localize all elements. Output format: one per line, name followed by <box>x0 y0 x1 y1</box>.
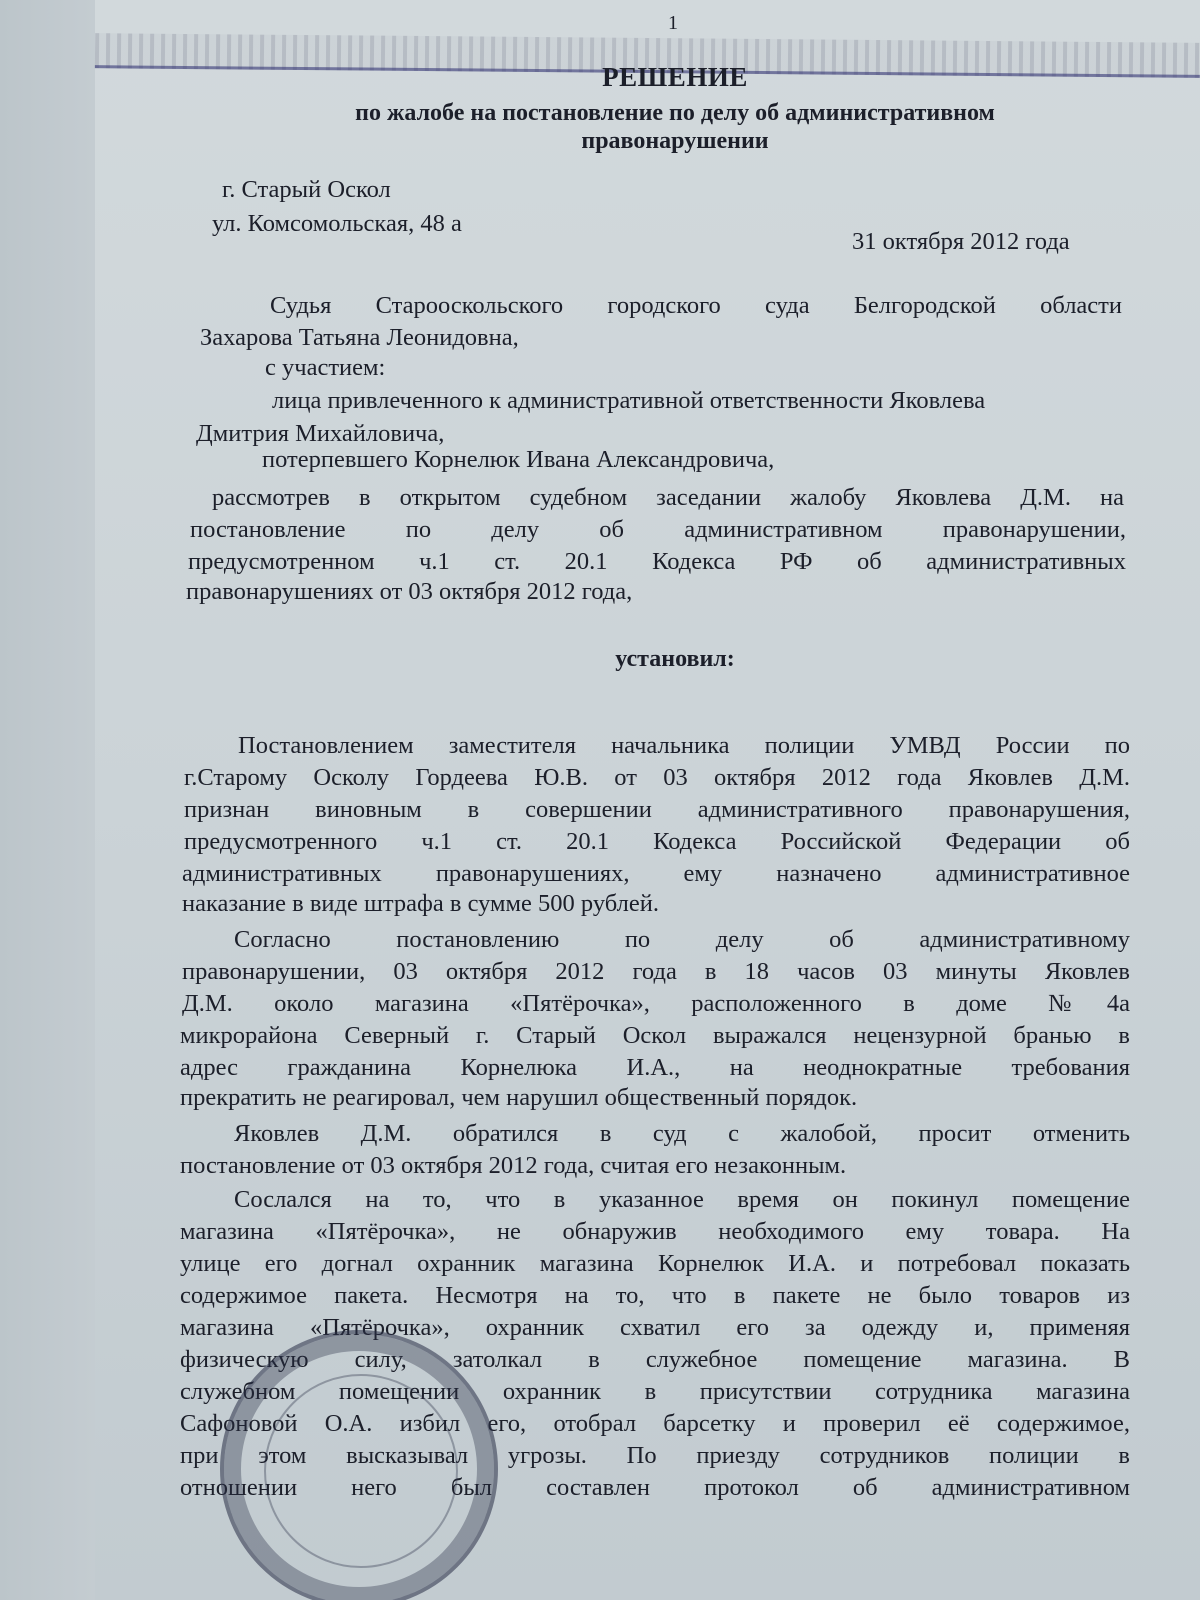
photo-background-edge <box>0 0 95 1600</box>
intro-line: потерпевшего Корнелюк Ивана Александрови… <box>262 446 774 474</box>
body-line: признан виновным в совершении администра… <box>184 796 1130 824</box>
document-title: РЕШЕНИЕ <box>0 62 1200 93</box>
body-line: административных правонарушениях, ему на… <box>182 860 1130 888</box>
body-line: прекратить не реагировал, чем нарушил об… <box>180 1084 857 1112</box>
body-line: наказание в виде штрафа в сумме 500 рубл… <box>182 890 659 918</box>
body-line: адрес гражданина Корнелюка И.А., на неод… <box>180 1054 1130 1082</box>
intro-line: Захарова Татьяна Леонидовна, <box>200 324 519 352</box>
body-line: микрорайона Северный г. Старый Оскол выр… <box>180 1022 1130 1050</box>
body-line: содержимое пакета. Несмотря на то, что в… <box>180 1282 1130 1310</box>
court-seal-stamp <box>220 1330 498 1600</box>
intro-line: рассмотрев в открытом судебном заседании… <box>212 484 1124 512</box>
body-line: магазина «Пятёрочка», не обнаружив необх… <box>180 1218 1130 1246</box>
header-address: ул. Комсомольская, 48 а <box>212 210 462 238</box>
document-subtitle-cont: правонарушении <box>0 128 1200 155</box>
body-line: Яковлев Д.М. обратился в суд с жалобой, … <box>234 1120 1130 1148</box>
header-date: 31 октября 2012 года <box>852 228 1070 256</box>
intro-line: предусмотренном ч.1 ст. 20.1 Кодекса РФ … <box>188 548 1126 576</box>
intro-line: Судья Старооскольского городского суда Б… <box>270 292 1122 320</box>
body-line: постановление от 03 октября 2012 года, с… <box>180 1152 846 1180</box>
court-seal-emblem <box>264 1374 458 1568</box>
header-city: г. Старый Оскол <box>222 176 391 204</box>
intro-line: с участием: <box>265 354 385 382</box>
body-line: Д.М. около магазина «Пятёрочка», располо… <box>182 990 1130 1018</box>
body-line: г.Старому Осколу Гордеева Ю.В. от 03 окт… <box>184 764 1130 792</box>
page-number: 1 <box>668 12 678 35</box>
section-heading: установил: <box>0 646 1200 673</box>
document-subtitle: по жалобе на постановление по делу об ад… <box>0 100 1200 127</box>
intro-line: лица привлеченного к административной от… <box>272 387 985 415</box>
body-line: Сослался на то, что в указанное время он… <box>234 1186 1130 1214</box>
body-line: Согласно постановлению по делу об админи… <box>234 926 1130 954</box>
intro-line: Дмитрия Михайловича, <box>196 420 444 448</box>
intro-line: постановление по делу об административно… <box>190 516 1126 544</box>
intro-line: правонарушениях от 03 октября 2012 года, <box>186 578 632 606</box>
body-line: правонарушении, 03 октября 2012 года в 1… <box>182 958 1130 986</box>
body-line: предусмотренного ч.1 ст. 20.1 Кодекса Ро… <box>184 828 1130 856</box>
body-line: Постановлением заместителя начальника по… <box>238 732 1130 760</box>
body-line: улице его догнал охранник магазина Корне… <box>180 1250 1130 1278</box>
